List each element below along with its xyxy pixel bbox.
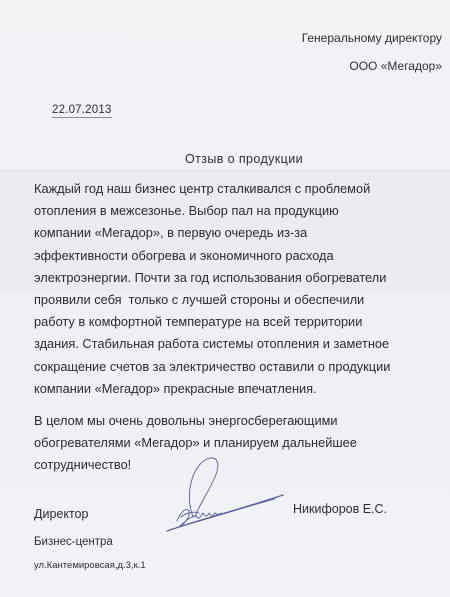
document-title: Отзыв о продукции [0,152,450,166]
text-line: сокращение счетов за электричество остав… [34,356,444,378]
text-line: компании «Мегадор» прекрасные впечатлени… [34,378,444,400]
text-line: работу в комфортной температуре на всей … [34,311,444,333]
text-line: отопления в межсезонье. Выбор пал на про… [34,200,444,222]
recipient-company: ООО «Мегадор» [302,54,442,78]
text-line: эффективности обогрева и экономичного ра… [34,245,444,267]
text-line: электроэнергии. Почти за год использован… [34,267,444,289]
text-line: Каждый год наш бизнес центр сталкивался … [34,178,444,200]
letter-date: 22.07.2013 [52,104,112,118]
paragraph-1: Каждый год наш бизнес центр сталкивался … [34,178,444,400]
letter-body: Каждый год наш бизнес центр сталкивался … [34,178,444,477]
recipient-block: Генеральному директору ООО «Мегадор» [302,26,442,78]
text-line: компании «Мегадор», в первую очередь из-… [34,222,444,244]
signatory-address: ул.Кантемировсая,д.3,к.1 [34,560,146,571]
signatory-organization: Бизнес-центра [34,536,146,548]
text-line: здания. Стабильная работа системы отопле… [34,333,444,355]
signatory-block: Директор Бизнес-центра ул.Кантемировсая,… [34,504,146,571]
text-line: проявили себя только с лучшей стороны и … [34,289,444,311]
signatory-position: Директор [34,504,146,524]
signature-icon [155,455,285,535]
text-line: обогревателями «Мегадор» и планируем дал… [34,432,444,454]
signatory-name: Никифоров Е.С. [293,502,387,516]
text-line: В целом мы очень довольны энергосберегаю… [34,410,444,432]
recipient-position: Генеральному директору [302,26,442,50]
